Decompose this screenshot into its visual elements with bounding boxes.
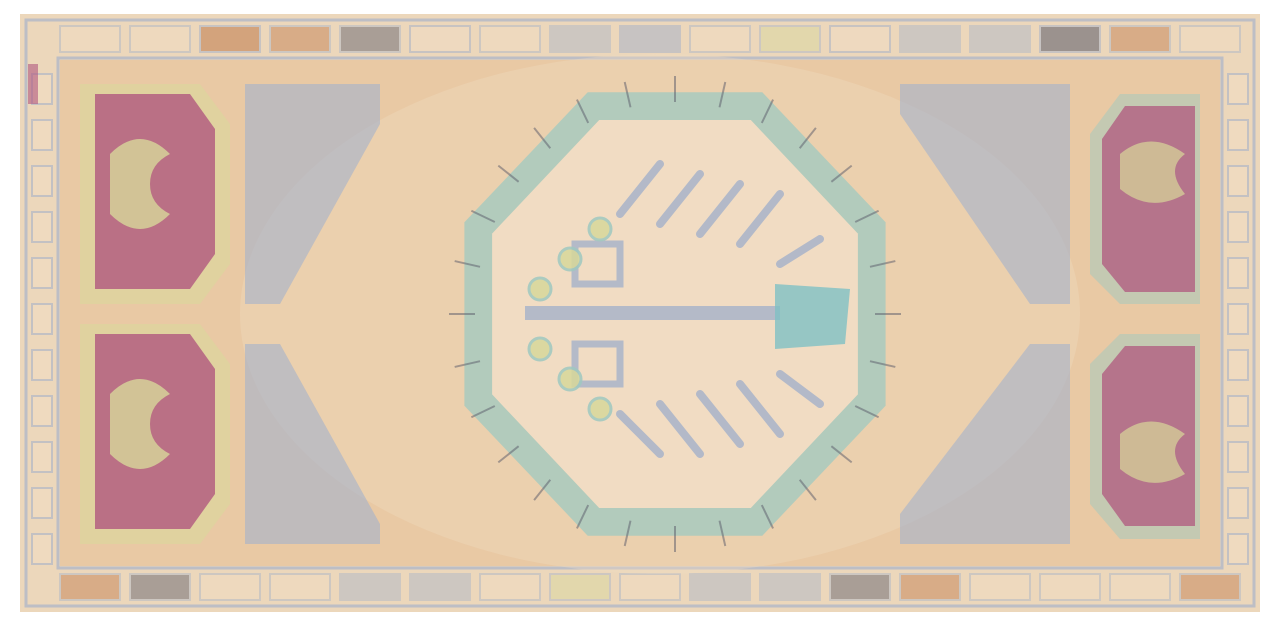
border-cartouche-right	[1228, 166, 1248, 196]
border-cartouche-top	[1110, 26, 1170, 52]
border-cartouche-top	[760, 26, 820, 52]
border-cartouche-left	[32, 396, 52, 426]
border-cartouche-right	[1228, 120, 1248, 150]
rug-photo	[20, 14, 1260, 612]
border-cartouche-top	[620, 26, 680, 52]
border-cartouche-top	[480, 26, 540, 52]
border-cartouche-top	[550, 26, 610, 52]
border-cartouche-top	[340, 26, 400, 52]
border-cartouche-left	[32, 304, 52, 334]
border-cartouche-bottom	[620, 574, 680, 600]
border-cartouche-top	[900, 26, 960, 52]
border-cartouche-right	[1228, 396, 1248, 426]
border-cartouche-bottom	[550, 574, 610, 600]
border-cartouche-top	[60, 26, 120, 52]
border-cartouche-right	[1228, 212, 1248, 242]
border-cartouche-bottom	[690, 574, 750, 600]
tree-bud	[589, 398, 611, 420]
border-cartouche-left	[32, 120, 52, 150]
border-cartouche-top	[1180, 26, 1240, 52]
tree-bud	[589, 218, 611, 240]
border-cartouche-right	[1228, 442, 1248, 472]
border-cartouche-top	[130, 26, 190, 52]
border-cartouche-right	[1228, 534, 1248, 564]
border-cartouche-bottom	[270, 574, 330, 600]
border-cartouche-right	[1228, 74, 1248, 104]
border-cartouche-bottom	[410, 574, 470, 600]
tree-bud	[529, 338, 551, 360]
border-cartouche-bottom	[760, 574, 820, 600]
border-cartouche-bottom	[480, 574, 540, 600]
border-cartouche-left	[32, 166, 52, 196]
border-cartouche-top	[970, 26, 1030, 52]
rug-illustration	[20, 14, 1260, 612]
tree-crown	[775, 284, 850, 349]
border-cartouche-bottom	[60, 574, 120, 600]
border-cartouche-bottom	[200, 574, 260, 600]
border-cartouche-right	[1228, 304, 1248, 334]
tree-bud	[529, 278, 551, 300]
border-cartouche-top	[200, 26, 260, 52]
border-cartouche-bottom	[970, 574, 1030, 600]
tree-bud	[559, 248, 581, 270]
tree-trunk	[525, 306, 780, 320]
border-accent-left	[28, 64, 38, 104]
border-cartouche-right	[1228, 488, 1248, 518]
border-cartouche-top	[830, 26, 890, 52]
border-cartouche-left	[32, 350, 52, 380]
border-cartouche-left	[32, 534, 52, 564]
border-cartouche-bottom	[1180, 574, 1240, 600]
tree-bud	[559, 368, 581, 390]
border-cartouche-left	[32, 212, 52, 242]
border-cartouche-bottom	[830, 574, 890, 600]
border-cartouche-right	[1228, 350, 1248, 380]
border-cartouche-top	[690, 26, 750, 52]
border-cartouche-top	[270, 26, 330, 52]
border-cartouche-left	[32, 442, 52, 472]
border-cartouche-left	[32, 258, 52, 288]
border-cartouche-bottom	[1040, 574, 1100, 600]
border-cartouche-bottom	[130, 574, 190, 600]
border-cartouche-bottom	[1110, 574, 1170, 600]
border-cartouche-left	[32, 488, 52, 518]
border-cartouche-bottom	[900, 574, 960, 600]
border-cartouche-top	[410, 26, 470, 52]
border-cartouche-right	[1228, 258, 1248, 288]
border-cartouche-bottom	[340, 574, 400, 600]
border-cartouche-top	[1040, 26, 1100, 52]
